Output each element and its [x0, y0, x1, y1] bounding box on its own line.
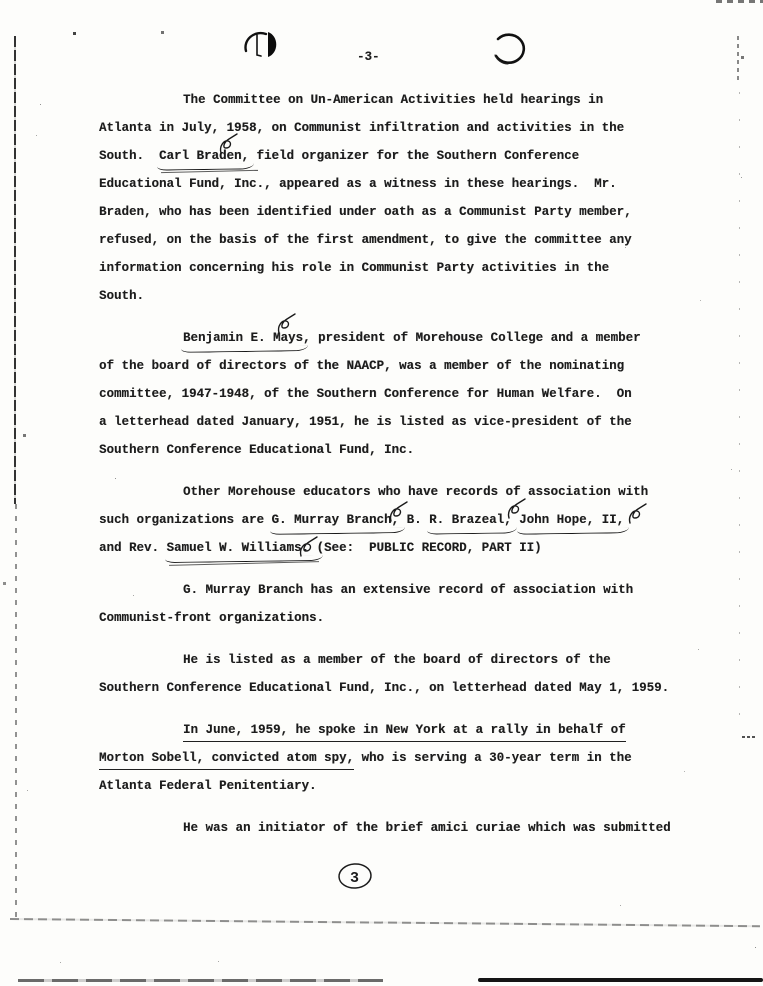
text-line: a letterhead dated January, 1951, he is … — [99, 408, 709, 436]
text-line: He was an initiator of the brief amici c… — [99, 814, 709, 842]
paragraph-amici-curiae: He was an initiator of the brief amici c… — [99, 814, 709, 842]
text-segment: South. — [99, 149, 159, 163]
text-segment: who is serving a 30-year term in the — [354, 751, 632, 765]
underlined-name-samuel-williams: Samuel W. Williams. — [167, 538, 310, 558]
scan-noise-specks — [0, 0, 1, 1]
underlined-sentence-rally: In June, 1959, he spoke in New York at a… — [183, 721, 626, 742]
text-segment: field organizer for the Southern Confere… — [249, 149, 579, 163]
text-segment: Communist-front organizations. — [99, 611, 324, 625]
text-line: Atlanta in July, 1958, on Communist infi… — [99, 114, 709, 142]
pen-check-icon — [388, 499, 410, 523]
text-segment: G. Murray Branch has an extensive record… — [183, 583, 633, 597]
page-number: -3- — [357, 50, 380, 64]
text-segment: The Committee on Un-American Activities … — [183, 93, 603, 107]
text-line: and Rev. Samuel W. Williams. (See: PUBLI… — [99, 534, 709, 562]
text-line: South. Carl Braden, field organizer for … — [99, 142, 709, 170]
text-segment: refused, on the basis of the first amend… — [99, 233, 632, 247]
circled-page-number-text: 3 — [350, 870, 359, 887]
scan-edge-right-dots — [739, 92, 740, 732]
text-line: refused, on the basis of the first amend… — [99, 226, 709, 254]
pen-check-icon — [276, 311, 298, 335]
text-segment: committee, 1947-1948, of the Southern Co… — [99, 387, 632, 401]
text-segment: such organizations are — [99, 513, 272, 527]
text-line: committee, 1947-1948, of the Southern Co… — [99, 380, 709, 408]
circled-page-number: 3 — [334, 860, 378, 894]
scanned-document-page: -3- The Committee on Un-American Activit… — [0, 0, 763, 986]
text-line: He is listed as a member of the board of… — [99, 646, 709, 674]
text-segment: Braden, who has been identified under oa… — [99, 205, 632, 219]
text-line: of the board of directors of the NAACP, … — [99, 352, 709, 380]
text-segment: South. — [99, 289, 144, 303]
text-segment: He is listed as a member of the board of… — [183, 653, 611, 667]
text-line: Communist-front organizations. — [99, 604, 709, 632]
text-segment: Atlanta in July, 1958, on Communist infi… — [99, 121, 624, 135]
text-segment: of the board of directors of the NAACP, … — [99, 359, 624, 373]
text-line: Benjamin E. Mays, president of Morehouse… — [99, 324, 709, 352]
scan-bottom-line-left — [18, 979, 383, 982]
document-body: The Committee on Un-American Activities … — [99, 86, 709, 842]
paragraph-braden: The Committee on Un-American Activities … — [99, 86, 709, 310]
text-segment: Educational Fund, Inc., appeared as a wi… — [99, 177, 617, 191]
text-segment: (See: PUBLIC RECORD, PART II) — [309, 541, 542, 555]
paragraph-board-member: He is listed as a member of the board of… — [99, 646, 709, 702]
text-line: Southern Conference Educational Fund, In… — [99, 436, 709, 464]
text-segment: Atlanta Federal Penitentiary. — [99, 779, 317, 793]
scan-edge-left — [14, 36, 16, 504]
underlined-name-brazeal: R. Brazeal, — [429, 510, 512, 530]
scan-bottom-line-right — [478, 978, 763, 982]
text-line: Braden, who has been identified under oa… — [99, 198, 709, 226]
paragraph-sobell-rally: In June, 1959, he spoke in New York at a… — [99, 716, 709, 800]
scan-edge-top-dashes — [716, 0, 763, 3]
text-line: Morton Sobell, convicted atom spy, who i… — [99, 744, 709, 772]
scan-edge-left-lower — [15, 504, 17, 918]
underlined-name-john-hope: John Hope, II, — [519, 510, 624, 530]
pen-check-icon — [298, 534, 320, 558]
text-segment: He was an initiator of the brief amici c… — [183, 821, 671, 835]
text-segment: information concerning his role in Commu… — [99, 261, 609, 275]
scan-fold-line — [10, 918, 760, 927]
paragraph-branch-record: G. Murray Branch has an extensive record… — [99, 576, 709, 632]
underlined-name-murray-branch: G. Murray Branch, — [272, 510, 400, 530]
text-segment: Southern Conference Educational Fund, In… — [99, 681, 669, 695]
scan-dot-run — [742, 736, 756, 738]
text-line: Atlanta Federal Penitentiary. — [99, 772, 709, 800]
text-segment: , president of Morehouse College and a m… — [303, 331, 641, 345]
text-line: Educational Fund, Inc., appeared as a wi… — [99, 170, 709, 198]
text-line: G. Murray Branch has an extensive record… — [99, 576, 709, 604]
text-segment: Other Morehouse educators who have recor… — [183, 485, 648, 499]
text-segment: a letterhead dated January, 1951, he is … — [99, 415, 632, 429]
text-line: In June, 1959, he spoke in New York at a… — [99, 716, 709, 744]
text-segment: and Rev. — [99, 541, 167, 555]
text-line: Southern Conference Educational Fund, In… — [99, 674, 709, 702]
pen-scribble-icon — [242, 28, 284, 60]
paragraph-mays: Benjamin E. Mays, president of Morehouse… — [99, 324, 709, 464]
text-line: information concerning his role in Commu… — [99, 254, 709, 282]
pen-check-icon — [506, 496, 528, 520]
underlined-name-morton-sobell: Morton Sobell, convicted atom spy, — [99, 749, 354, 770]
pen-circle-icon — [489, 31, 529, 67]
text-line: South. — [99, 282, 709, 310]
text-segment: Southern Conference Educational Fund, In… — [99, 443, 414, 457]
pen-check-icon — [218, 131, 240, 155]
text-line: The Committee on Un-American Activities … — [99, 86, 709, 114]
scan-edge-right — [737, 36, 739, 80]
pen-check-icon — [627, 501, 649, 525]
